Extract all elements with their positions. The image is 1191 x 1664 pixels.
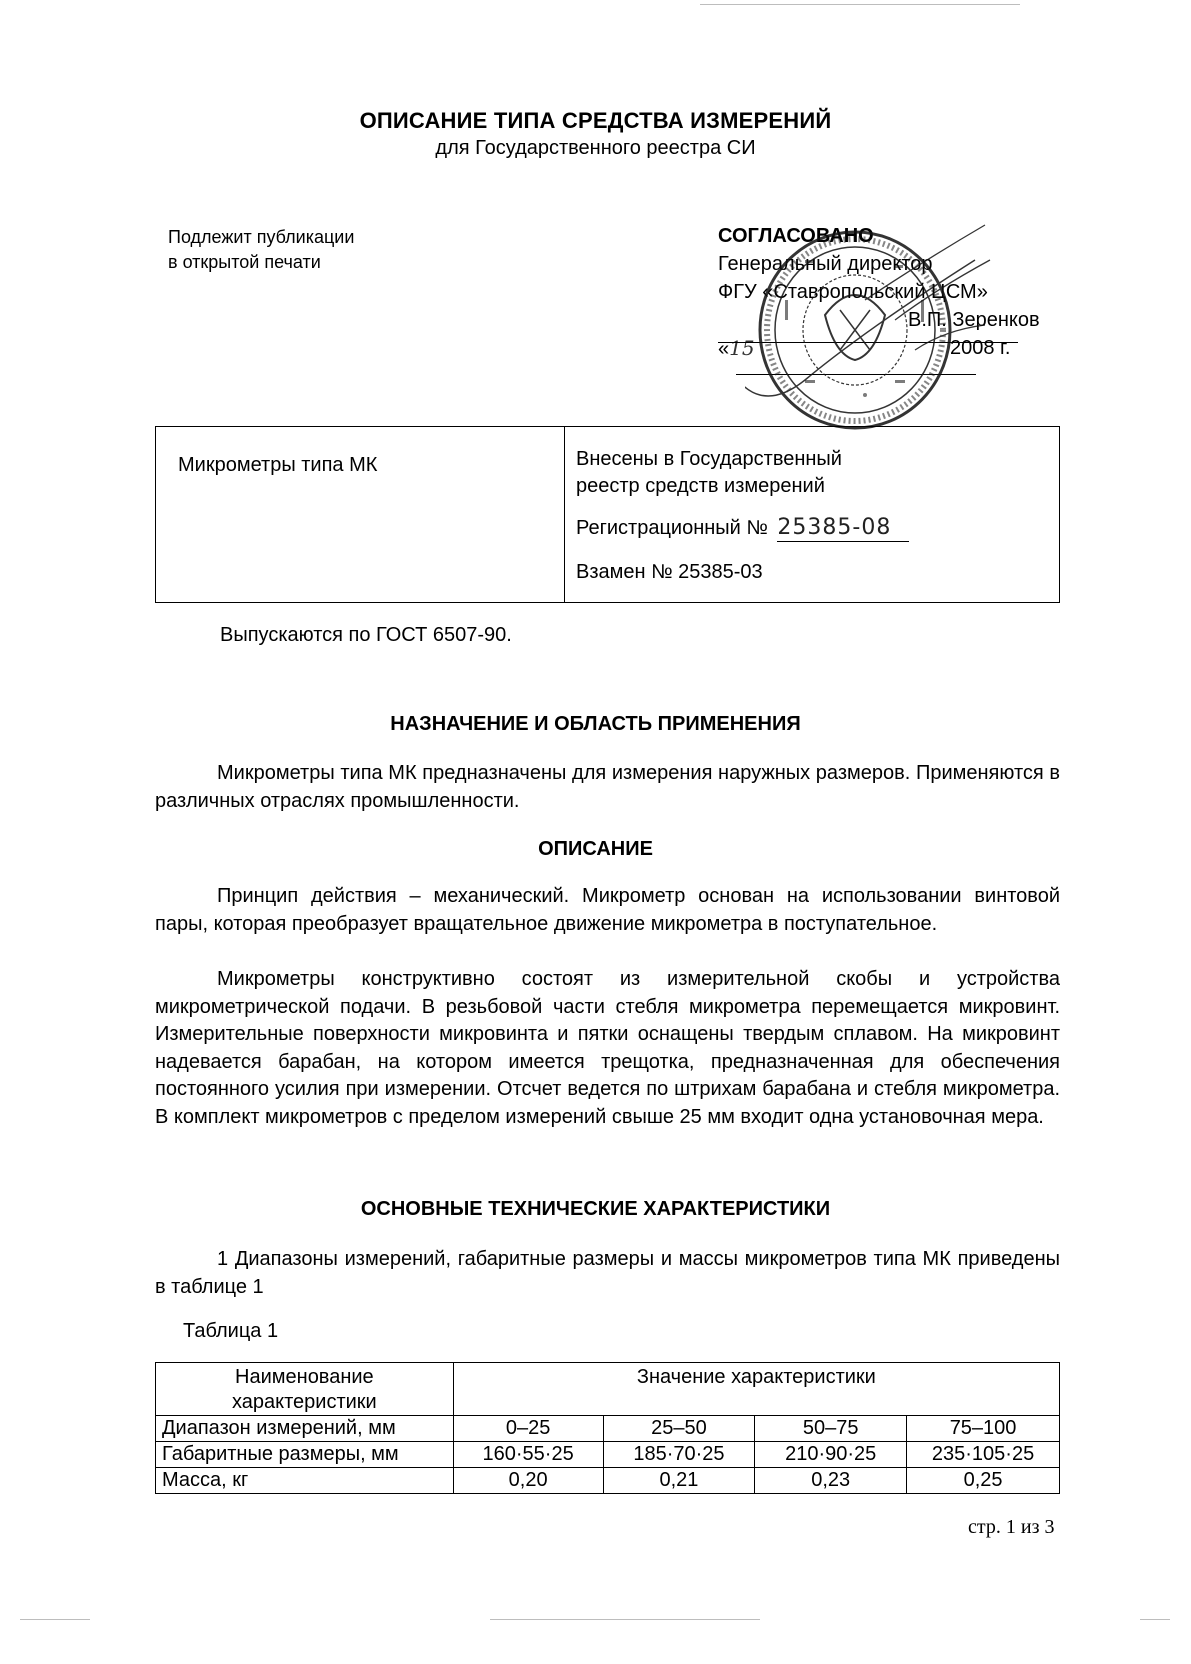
specs-intro: 1 Диапазоны измерений, габаритные размер… bbox=[155, 1246, 1060, 1301]
registration-number-row: Регистрационный № 25385-08 bbox=[576, 514, 909, 542]
characteristics-table: Наименование характеристики Значение хар… bbox=[155, 1362, 1060, 1494]
scan-artifact-bottom-right bbox=[1140, 1619, 1170, 1620]
section-heading-purpose: НАЗНАЧЕНИЕ И ОБЛАСТЬ ПРИМЕНЕНИЯ bbox=[0, 713, 1191, 736]
table-row: Масса, кг 0,20 0,21 0,23 0,25 bbox=[156, 1468, 1060, 1494]
document-title: ОПИСАНИЕ ТИПА СРЕДСТВА ИЗМЕРЕНИЙ bbox=[0, 108, 1191, 134]
description-paragraph-2: Микрометры конструктивно состоят из изме… bbox=[155, 966, 1060, 1131]
table-cell: 185·70·25 bbox=[603, 1442, 755, 1468]
table-cell-name: Диапазон измерений, мм bbox=[156, 1416, 454, 1442]
table-cell: 160·55·25 bbox=[453, 1442, 603, 1468]
publication-note: Подлежит публикации в открытой печати bbox=[168, 225, 354, 275]
description-paragraph-1: Принцип действия – механический. Микроме… bbox=[155, 883, 1060, 938]
scan-artifact-bottom-left bbox=[20, 1619, 90, 1620]
section-heading-specs: ОСНОВНЫЕ ТЕХНИЧЕСКИЕ ХАРАКТЕРИСТИКИ bbox=[0, 1198, 1191, 1221]
table-cell: 0,20 bbox=[453, 1468, 603, 1494]
table-row: Диапазон измерений, мм 0–25 25–50 50–75 … bbox=[156, 1416, 1060, 1442]
purpose-paragraph: Микрометры типа МК предназначены для изм… bbox=[155, 760, 1060, 815]
table-cell-name: Масса, кг bbox=[156, 1468, 454, 1494]
registry-line1: Внесены в Государственный bbox=[576, 446, 909, 473]
document-subtitle: для Государственного реестра СИ bbox=[0, 137, 1191, 160]
table-cell: 235·105·25 bbox=[907, 1442, 1060, 1468]
publication-note-line1: Подлежит публикации bbox=[168, 225, 354, 250]
table-caption: Таблица 1 bbox=[183, 1318, 278, 1346]
table-header-name: Наименование характеристики bbox=[156, 1363, 454, 1416]
page-number: стр. 1 из 3 bbox=[968, 1516, 1054, 1539]
table-header-row: Наименование характеристики Значение хар… bbox=[156, 1363, 1060, 1416]
registration-number-label: Регистрационный № bbox=[576, 517, 768, 539]
table-cell: 0,23 bbox=[755, 1468, 907, 1494]
scan-artifact-top bbox=[700, 4, 1020, 5]
registry-line2: реестр средств измерений bbox=[576, 473, 909, 500]
registration-number: 25385-08 bbox=[777, 514, 909, 542]
table-header-value: Значение характеристики bbox=[453, 1363, 1059, 1416]
official-stamp-icon bbox=[745, 220, 995, 430]
standard-note: Выпускаются по ГОСТ 6507-90. bbox=[220, 622, 512, 650]
section-heading-description: ОПИСАНИЕ bbox=[0, 838, 1191, 861]
scan-artifact-bottom-center bbox=[490, 1619, 760, 1620]
replaces-number: Взамен № 25385-03 bbox=[576, 559, 909, 586]
table-cell: 210·90·25 bbox=[755, 1442, 907, 1468]
table-cell: 25–50 bbox=[603, 1416, 755, 1442]
instrument-name: Микрометры типа МК bbox=[178, 454, 377, 477]
table-cell: 75–100 bbox=[907, 1416, 1060, 1442]
publication-note-line2: в открытой печати bbox=[168, 250, 354, 275]
registration-box-divider bbox=[564, 427, 565, 602]
table-cell: 0,25 bbox=[907, 1468, 1060, 1494]
table-cell-name: Габаритные размеры, мм bbox=[156, 1442, 454, 1468]
table-row: Габаритные размеры, мм 160·55·25 185·70·… bbox=[156, 1442, 1060, 1468]
table-cell: 0–25 bbox=[453, 1416, 603, 1442]
registration-box: Микрометры типа МК Внесены в Государстве… bbox=[155, 426, 1060, 603]
table-cell: 0,21 bbox=[603, 1468, 755, 1494]
registry-info: Внесены в Государственный реестр средств… bbox=[576, 446, 909, 586]
table-cell: 50–75 bbox=[755, 1416, 907, 1442]
